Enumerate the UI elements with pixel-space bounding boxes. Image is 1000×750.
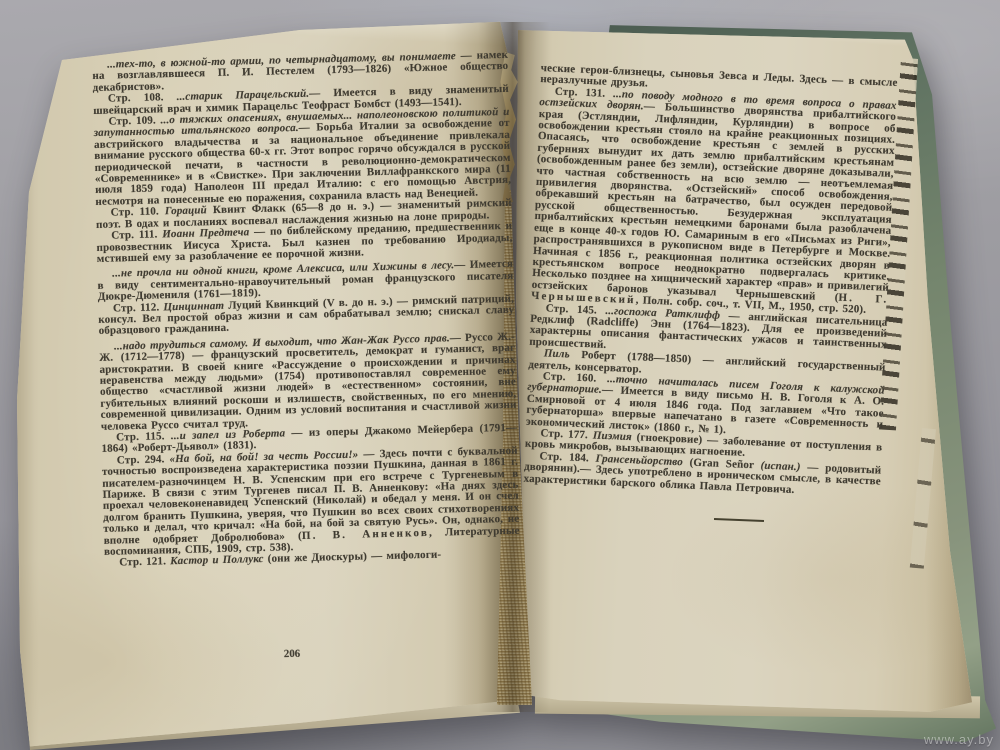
text-segment: Стр. 121. [119, 556, 170, 569]
paragraph: Стр. 109. ...о тяжких опасениях, внушаем… [93, 107, 511, 208]
watermark: www.ay.by [924, 732, 994, 747]
text-segment: — Большинство дворянства прибалтийского … [531, 101, 896, 304]
photo-of-open-book: ...тех-то, в южной-то армии, по четырнад… [0, 0, 1000, 750]
paragraph: Стр. 131. ...по поводу модного в то врем… [531, 86, 897, 317]
open-book: ...тех-то, в южной-то армии, по четырнад… [0, 0, 1000, 750]
left-page-text: ...тех-то, в южной-то армии, по четырнад… [92, 50, 520, 570]
text-segment: Кастор и Поллукс [170, 553, 264, 567]
text-segment: П. В. Анненков [302, 527, 429, 542]
paragraph: ...надо трудиться самому. И выходит, что… [99, 332, 517, 433]
right-page-text: ческие герои-близнецы, сыновья Зевса и Л… [523, 63, 897, 500]
paragraph: Стр. 112. Цинциннат Луций Квинкций (V в.… [98, 293, 515, 337]
page-number: 206 [252, 647, 332, 661]
paragraph: Стр. 294. «На бой, на бой! за честь Росс… [102, 446, 520, 559]
